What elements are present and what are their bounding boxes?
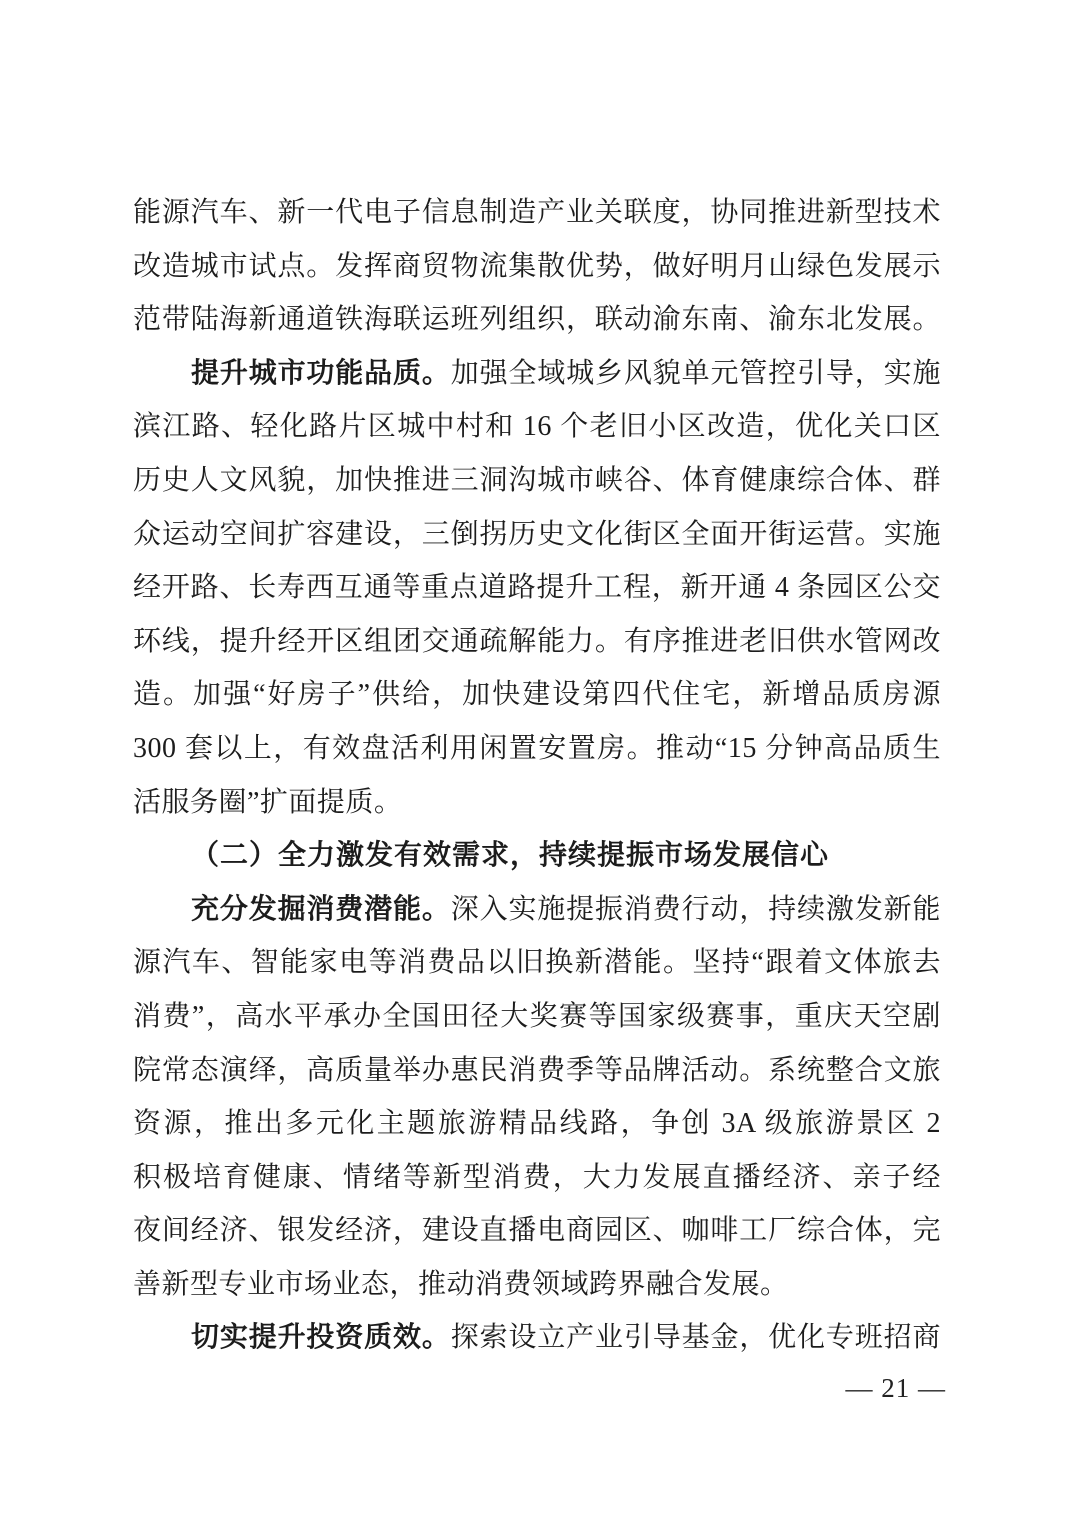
line-text: 滨江路、轻化路片区城中村和 16 个老旧小区改造，优化关口区域 [133,411,941,454]
line-text: 善新型专业市场业态，推动消费领域跨界融合发展。 [133,1269,789,1300]
text-line: 消费”，高水平承办全国田径大奖赛等国家级赛事，重庆天空剧 [133,990,941,1044]
lead-emphasis: 充分发掘消费潜能。 [191,894,451,925]
text-line: 积极培育健康、情绪等新型消费，大力发展直播经济、亲子经济、 [133,1151,941,1205]
text-line: 造。加强“好房子”供给，加快建设第四代住宅，新增品质房源 [133,668,941,722]
page-number: — 21 — [846,1368,947,1408]
line-text: 环线，提升经开区组团交通疏解能力。有序推进老旧供水管网改 [133,626,941,657]
text-line: 活服务圈”扩面提质。 [133,776,941,830]
line-text: 加强全域城乡风貌单元管控引导，实施 [451,358,941,389]
text-line: 提升城市功能品质。加强全域城乡风貌单元管控引导，实施 [133,347,941,401]
line-text: 院常态演绎，高质量举办惠民消费季等品牌活动。系统整合文旅 [133,1055,941,1086]
text-line: 历史人文风貌，加快推进三洞沟城市峡谷、体育健康综合体、群 [133,454,941,508]
line-text: 活服务圈”扩面提质。 [133,787,402,818]
line-text: 改造城市试点。发挥商贸物流集散优势，做好明月山绿色发展示 [133,251,941,282]
text-line: 众运动空间扩容建设，三倒拐历史文化街区全面开街运营。实施 [133,508,941,562]
line-text: 经开路、长寿西互通等重点道路提升工程，新开通 4 条园区公交 [133,572,941,603]
text-line: 滨江路、轻化路片区城中村和 16 个老旧小区改造，优化关口区域 [133,400,941,454]
lead-emphasis: 切实提升投资质效。 [191,1322,451,1353]
text-line: 充分发掘消费潜能。深入实施提振消费行动，持续激发新能 [133,883,941,937]
text-line: 环线，提升经开区组团交通疏解能力。有序推进老旧供水管网改 [133,615,941,669]
text-line: 范带陆海新通道铁海联运班列组织，联动渝东南、渝东北发展。 [133,293,941,347]
text-line: 切实提升投资质效。探索设立产业引导基金，优化专班招商 [133,1311,941,1365]
line-text: 资源，推出多元化主题旅游精品线路，争创 3A 级旅游景区 2 个。 [133,1108,941,1151]
line-text: 源汽车、智能家电等消费品以旧换新潜能。坚持“跟着文体旅去 [133,947,941,978]
heading-text: （二）全力激发有效需求，持续提振市场发展信心 [191,840,829,871]
text-line: 源汽车、智能家电等消费品以旧换新潜能。坚持“跟着文体旅去 [133,936,941,990]
line-text: 积极培育健康、情绪等新型消费，大力发展直播经济、亲子经济、 [133,1162,941,1205]
line-text: 能源汽车、新一代电子信息制造产业关联度，协同推进新型技术 [133,197,941,228]
line-text: 深入实施提振消费行动，持续激发新能 [451,894,941,925]
text-line: 资源，推出多元化主题旅游精品线路，争创 3A 级旅游景区 2 个。 [133,1097,941,1151]
line-text: 夜间经济、银发经济，建设直播电商园区、咖啡工厂综合体，完 [133,1215,941,1246]
line-text: 造。加强“好房子”供给，加快建设第四代住宅，新增品质房源 [133,679,941,710]
line-text: 历史人文风貌，加快推进三洞沟城市峡谷、体育健康综合体、群 [133,465,941,496]
document-page: { "page_number": "— 21 —", "content": { … [0,0,1074,1520]
line-text: 探索设立产业引导基金，优化专班招商 [451,1322,941,1353]
text-line: 夜间经济、银发经济，建设直播电商园区、咖啡工厂综合体，完 [133,1204,941,1258]
text-line: 300 套以上，有效盘活利用闲置安置房。推动“15 分钟高品质生 [133,722,941,776]
line-text: 众运动空间扩容建设，三倒拐历史文化街区全面开街运营。实施 [133,519,941,550]
text-line: 院常态演绎，高质量举办惠民消费季等品牌活动。系统整合文旅 [133,1044,941,1098]
line-text: 300 套以上，有效盘活利用闲置安置房。推动“15 分钟高品质生 [133,733,941,764]
text-line: 经开路、长寿西互通等重点道路提升工程，新开通 4 条园区公交 [133,561,941,615]
lead-emphasis: 提升城市功能品质。 [191,358,451,389]
text-line: 善新型专业市场业态，推动消费领域跨界融合发展。 [133,1258,941,1312]
section-heading: （二）全力激发有效需求，持续提振市场发展信心 [133,829,941,883]
document-body: 能源汽车、新一代电子信息制造产业关联度，协同推进新型技术 改造城市试点。发挥商贸… [133,186,941,1365]
line-text: 消费”，高水平承办全国田径大奖赛等国家级赛事，重庆天空剧 [133,1001,941,1032]
line-text: 范带陆海新通道铁海联运班列组织，联动渝东南、渝东北发展。 [133,304,941,335]
text-line: 能源汽车、新一代电子信息制造产业关联度，协同推进新型技术 [133,186,941,240]
text-line: 改造城市试点。发挥商贸物流集散优势，做好明月山绿色发展示 [133,240,941,294]
